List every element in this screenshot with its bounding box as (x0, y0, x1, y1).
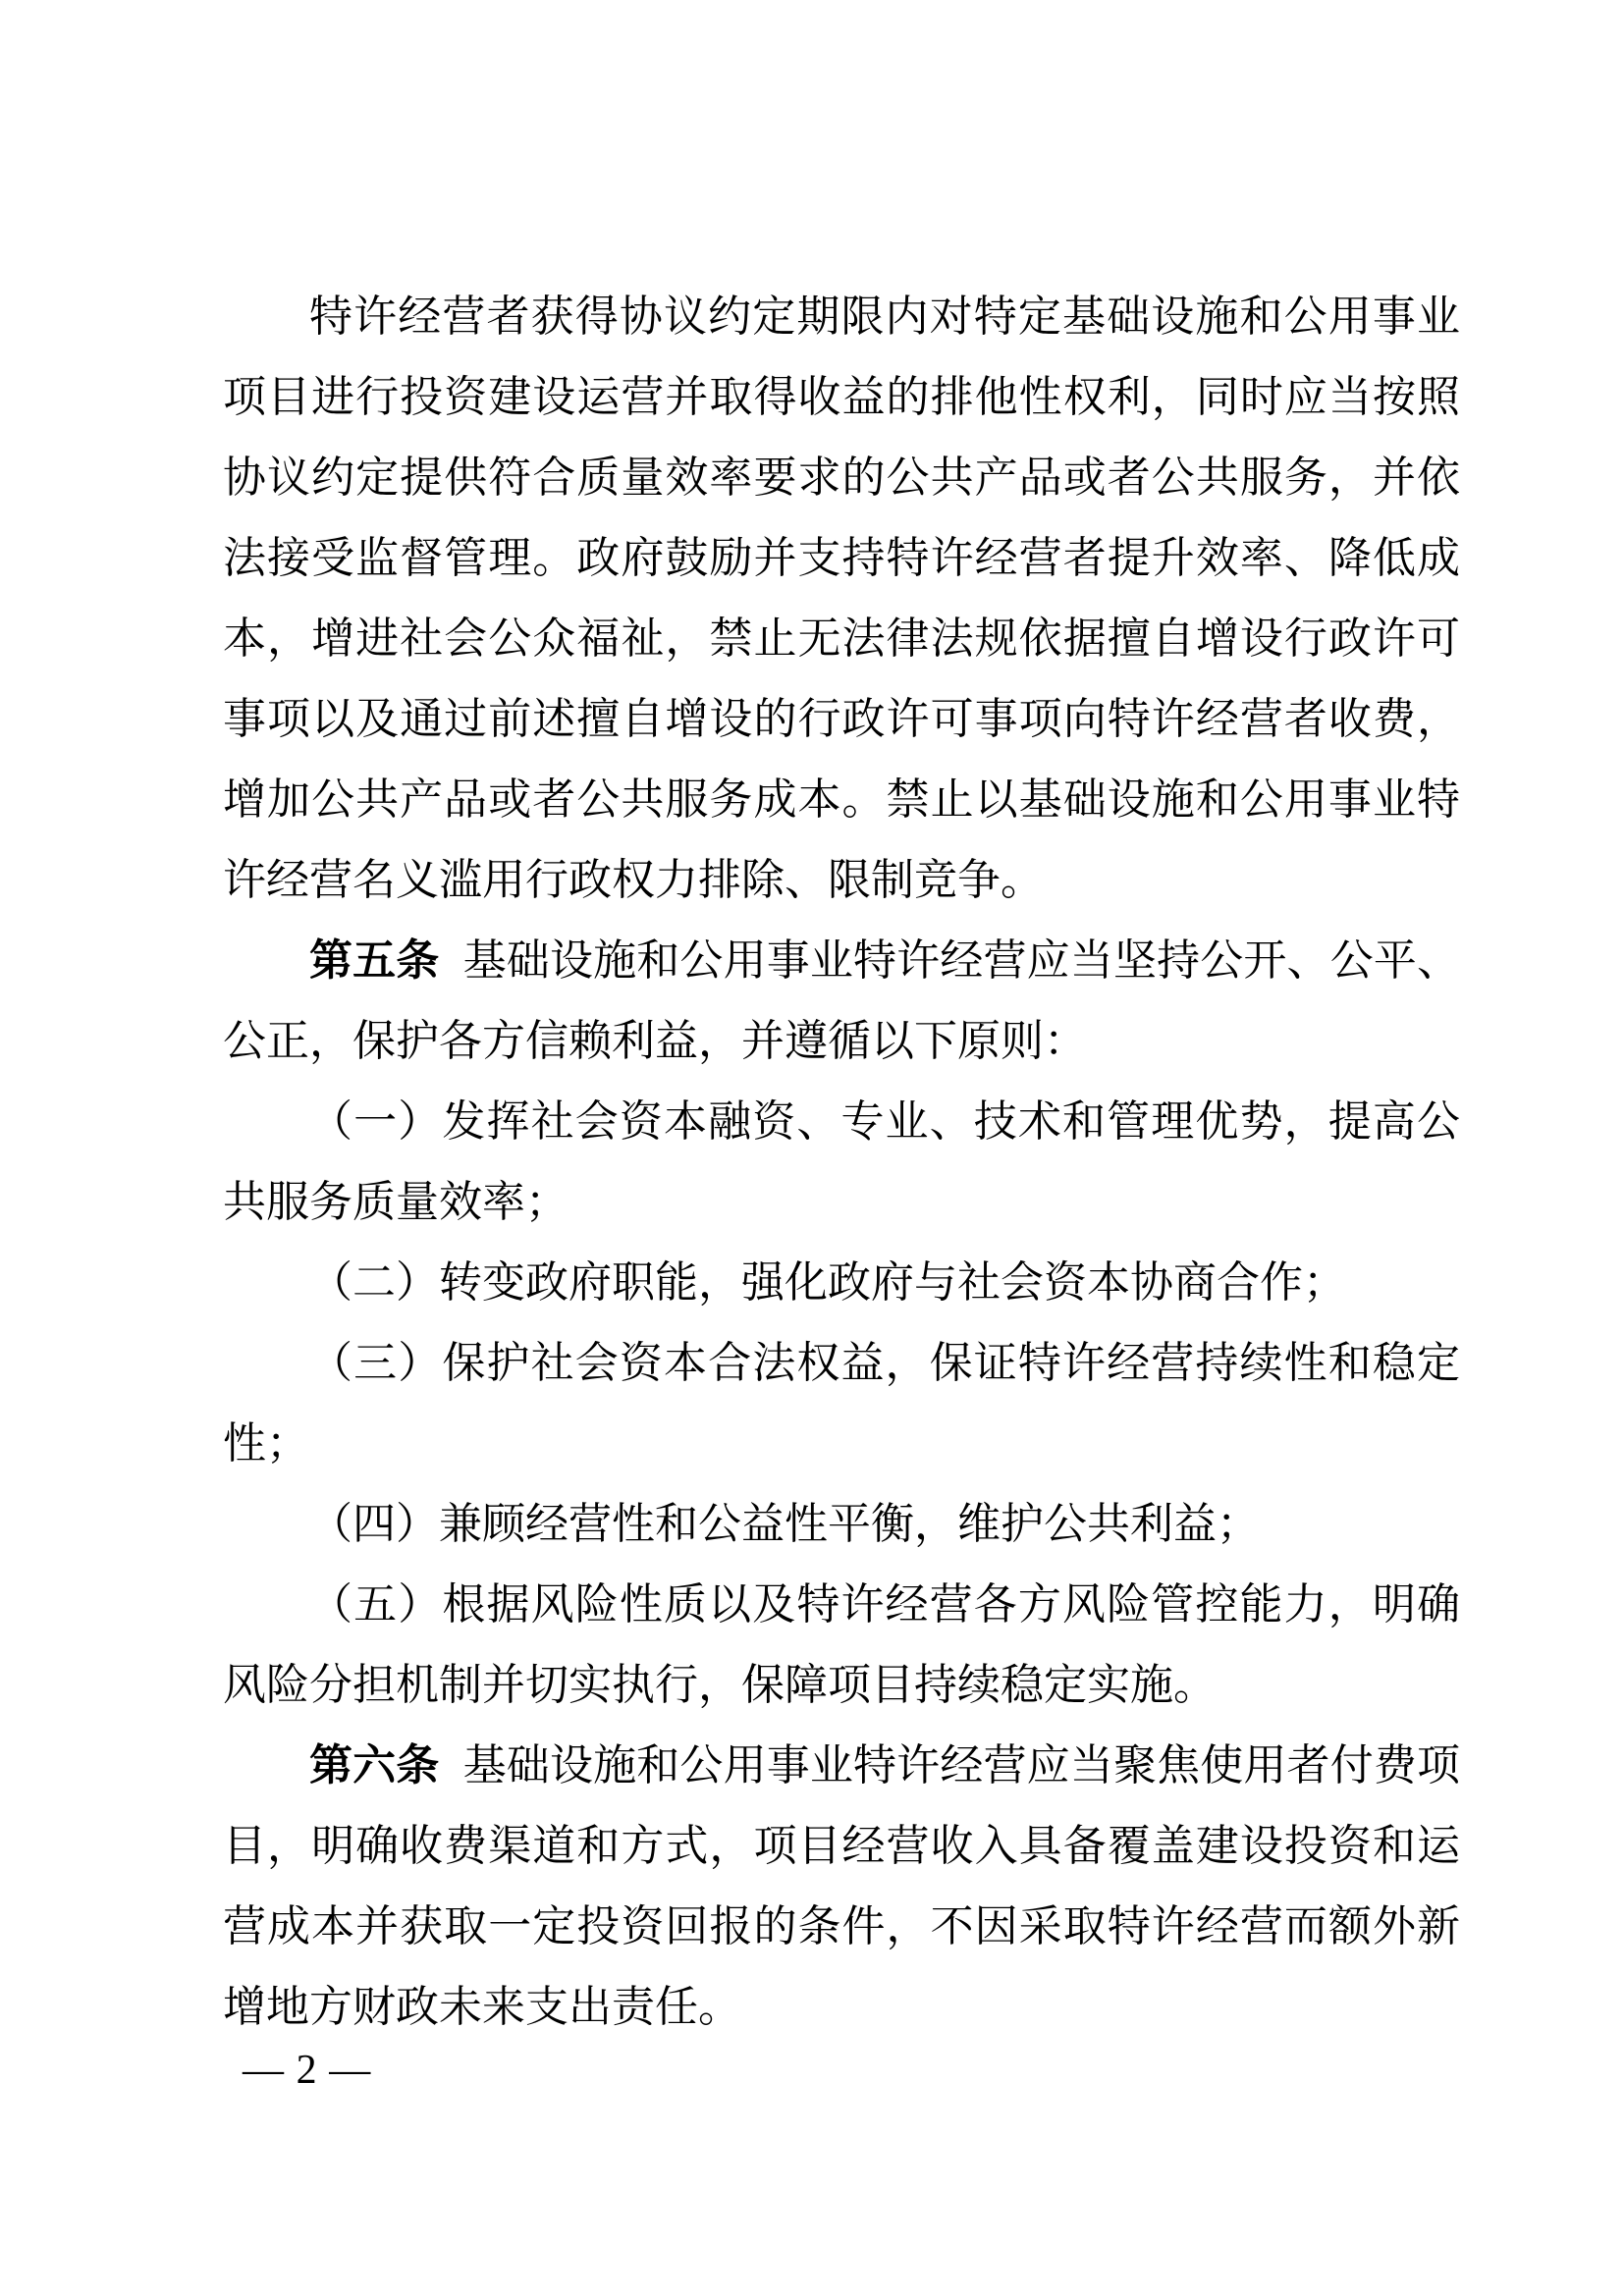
page-number: 2 (297, 2048, 317, 2093)
paragraph-article-6: 第六条基础设施和公用事业特许经营应当聚焦使用者付费项目，明确收费渠道和方式，项目… (223, 1726, 1460, 2048)
paragraph-clause-1: （一）发挥社会资本融资、专业、技术和管理优势，提高公共服务质量效率； (223, 1082, 1460, 1243)
clause-3-text: （三）保护社会资本合法权益，保证特许经营持续性和稳定性； (223, 1339, 1460, 1468)
paragraph-clause-4: （四）兼顾经营性和公益性平衡，维护公共利益； (223, 1484, 1460, 1565)
page-number-footer: —2— (243, 2046, 370, 2095)
document-page: 特许经营者获得协议约定期限内对特定基础设施和公用事业项目进行投资建设运营并取得收… (0, 0, 1624, 2296)
footer-dash-right: — (329, 2048, 370, 2093)
paragraph-clause-2: （二）转变政府职能，强化政府与社会资本协商合作； (223, 1243, 1460, 1323)
paragraph-article-5: 第五条基础设施和公用事业特许经营应当坚持公开、公平、公正，保护各方信赖利益，并遵… (223, 921, 1460, 1082)
document-body: 特许经营者获得协议约定期限内对特定基础设施和公用事业项目进行投资建设运营并取得收… (223, 277, 1460, 2048)
article-6-number: 第六条 (309, 1741, 439, 1789)
article-5-number: 第五条 (309, 936, 439, 985)
paragraph-clause-3: （三）保护社会资本合法权益，保证特许经营持续性和稳定性； (223, 1323, 1460, 1484)
footer-dash-left: — (243, 2048, 284, 2093)
paragraph-intro: 特许经营者获得协议约定期限内对特定基础设施和公用事业项目进行投资建设运营并取得收… (223, 277, 1460, 921)
clause-2-text: （二）转变政府职能，强化政府与社会资本协商合作； (309, 1258, 1346, 1307)
paragraph-intro-text: 特许经营者获得协议约定期限内对特定基础设施和公用事业项目进行投资建设运营并取得收… (223, 293, 1460, 904)
clause-4-text: （四）兼顾经营性和公益性平衡，维护公共利益； (309, 1500, 1260, 1548)
paragraph-clause-5: （五）根据风险性质以及特许经营各方风险管控能力，明确风险分担机制并切实执行，保障… (223, 1565, 1460, 1726)
clause-5-text: （五）根据风险性质以及特许经营各方风险管控能力，明确风险分担机制并切实执行，保障… (223, 1580, 1460, 1709)
clause-1-text: （一）发挥社会资本融资、专业、技术和管理优势，提高公共服务质量效率； (223, 1097, 1460, 1226)
